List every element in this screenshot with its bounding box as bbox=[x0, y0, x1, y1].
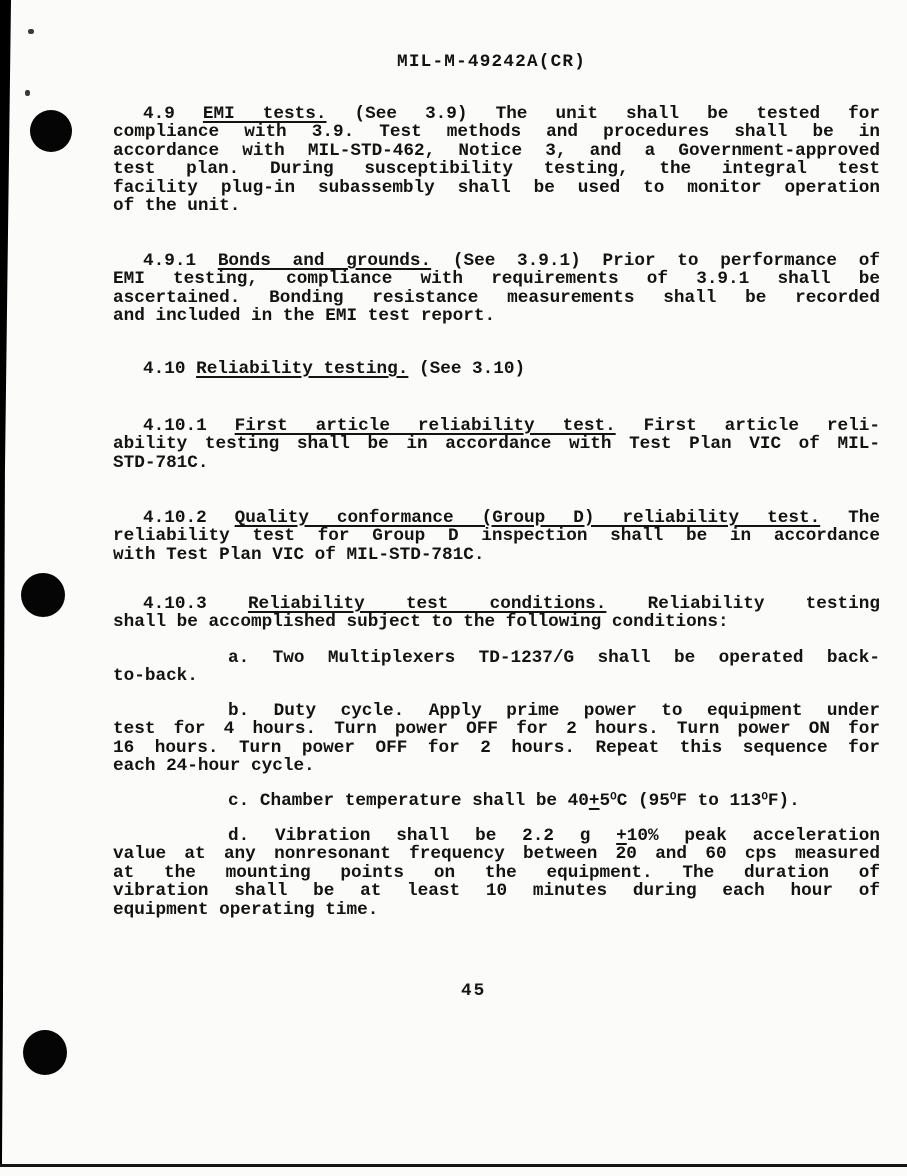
text-line: ascertained. Bonding resistance measurem… bbox=[113, 289, 880, 307]
page-number: 45 bbox=[461, 982, 486, 1000]
scan-speck bbox=[25, 90, 30, 96]
paragraph-sec-4-10: 4.10 Reliability testing. (See 3.10) bbox=[113, 360, 880, 378]
paragraph-item-a: a. Two Multiplexers TD-1237/G shall be o… bbox=[113, 649, 880, 686]
hole-punch bbox=[21, 573, 65, 617]
paragraph-sec-4-10-1: 4.10.1 First article reliability test. F… bbox=[113, 417, 880, 472]
text-line: test plan. During susceptibility testing… bbox=[113, 160, 880, 178]
text-line: reliability test for Group D inspection … bbox=[113, 527, 880, 545]
text-line: facility plug-in subassembly shall be us… bbox=[113, 179, 880, 197]
text-line: 16 hours. Turn power OFF for 2 hours. Re… bbox=[113, 739, 880, 757]
paragraph-item-b: b. Duty cycle. Apply prime power to equi… bbox=[113, 702, 880, 776]
text-line: STD-781C. bbox=[113, 454, 880, 472]
document-body: 4.9 EMI tests. (See 3.9) The unit shall … bbox=[113, 0, 880, 1176]
scanned-document-page: MIL-M-49242A(CR) 4.9 EMI tests. (See 3.9… bbox=[0, 0, 907, 1176]
text-line: equipment operating time. bbox=[113, 901, 880, 919]
text-line: value at any nonresonant frequency betwe… bbox=[113, 845, 880, 863]
paragraph-sec-4-10-2: 4.10.2 Quality conformance (Group D) rel… bbox=[113, 509, 880, 564]
text-line: compliance with 3.9. Test methods and pr… bbox=[113, 123, 880, 141]
text-line: vibration shall be at least 10 minutes d… bbox=[113, 882, 880, 900]
text-line: at the mounting points on the equipment.… bbox=[113, 864, 880, 882]
paragraph-sec-4-9: 4.9 EMI tests. (See 3.9) The unit shall … bbox=[113, 105, 880, 215]
text-line: EMI testing, compliance with requirement… bbox=[113, 270, 880, 288]
text-line: d. Vibration shall be 2.2 g +10% peak ac… bbox=[113, 827, 880, 845]
text-line: of the unit. bbox=[113, 197, 880, 215]
text-line: and included in the EMI test report. bbox=[113, 307, 880, 325]
scan-bottom-edge-artifact bbox=[0, 1164, 907, 1167]
text-line: c. Chamber temperature shall be 40+5OC (… bbox=[113, 792, 880, 810]
paragraph-item-c: c. Chamber temperature shall be 40+5OC (… bbox=[113, 792, 880, 810]
text-line: 4.9 EMI tests. (See 3.9) The unit shall … bbox=[113, 105, 880, 123]
text-line: 4.10 Reliability testing. (See 3.10) bbox=[113, 360, 880, 378]
hole-punch bbox=[30, 110, 72, 152]
text-line: 4.10.1 First article reliability test. F… bbox=[113, 417, 880, 435]
text-line: each 24-hour cycle. bbox=[113, 757, 880, 775]
paragraph-sec-4-9-1: 4.9.1 Bonds and grounds. (See 3.9.1) Pri… bbox=[113, 252, 880, 326]
text-line: accordance with MIL-STD-462, Notice 3, a… bbox=[113, 142, 880, 160]
text-line: ability testing shall be in accordance w… bbox=[113, 435, 880, 453]
text-line: a. Two Multiplexers TD-1237/G shall be o… bbox=[113, 649, 880, 667]
text-line: with Test Plan VIC of MIL-STD-781C. bbox=[113, 546, 880, 564]
text-line: to-back. bbox=[113, 667, 880, 685]
paragraph-item-d: d. Vibration shall be 2.2 g +10% peak ac… bbox=[113, 827, 880, 919]
text-line: shall be accomplished subject to the fol… bbox=[113, 613, 880, 631]
text-line: 4.10.3 Reliability test conditions. Reli… bbox=[113, 595, 880, 613]
hole-punch bbox=[23, 1030, 67, 1075]
text-line: 4.10.2 Quality conformance (Group D) rel… bbox=[113, 509, 880, 527]
text-line: b. Duty cycle. Apply prime power to equi… bbox=[113, 702, 880, 720]
scan-left-edge-artifact bbox=[0, 0, 11, 1176]
scan-speck bbox=[28, 29, 34, 34]
text-line: 4.9.1 Bonds and grounds. (See 3.9.1) Pri… bbox=[113, 252, 880, 270]
text-line: test for 4 hours. Turn power OFF for 2 h… bbox=[113, 720, 880, 738]
paragraph-sec-4-10-3: 4.10.3 Reliability test conditions. Reli… bbox=[113, 595, 880, 632]
